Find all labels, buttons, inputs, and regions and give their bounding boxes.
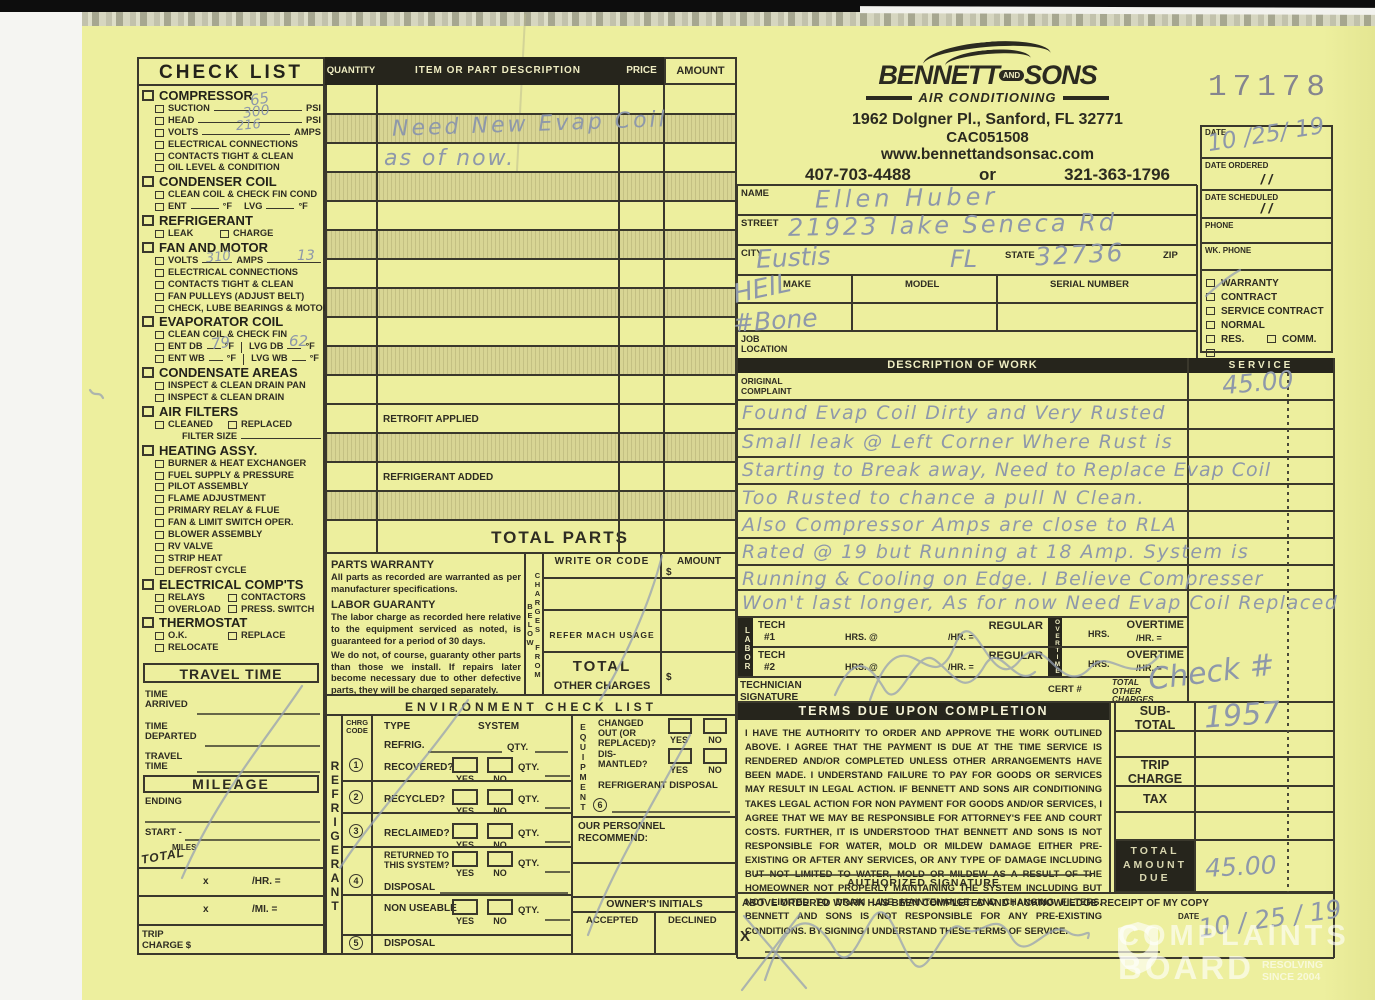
grid-line [137,85,1334,958]
shield-icon [1118,922,1158,974]
underline [145,714,1160,952]
watermark-sub: RESOLVINGSINCE 2004 [1262,959,1323,984]
complaintsboard-watermark: COMPLAINTS BOARD RESOLVINGSINCE 2004 [1118,922,1350,984]
scanned-invoice-page: { "page":{"invoice_number":"17178"}, "co… [0,0,1375,1000]
form-grid [0,0,1375,1000]
